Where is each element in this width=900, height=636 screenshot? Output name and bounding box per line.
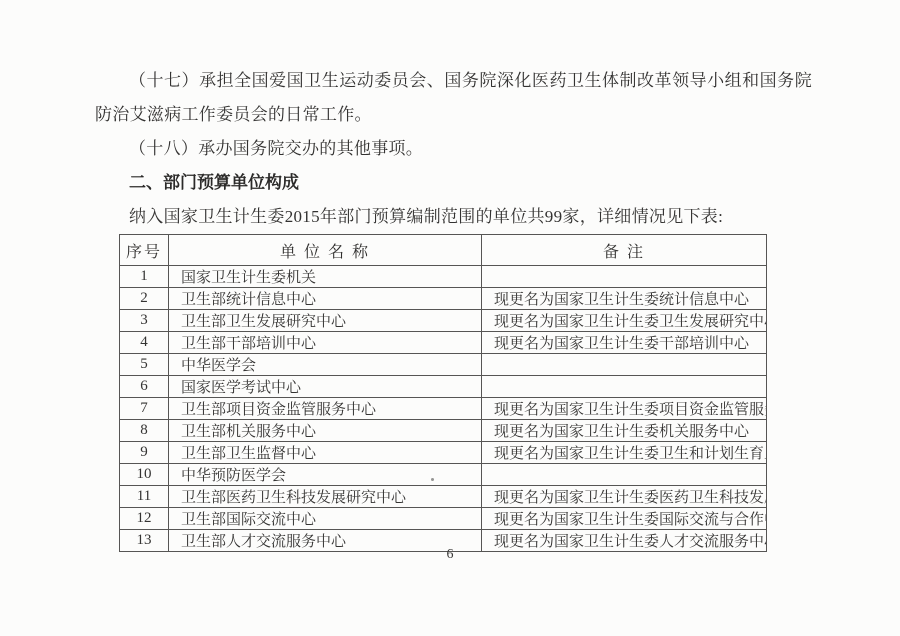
table-row: 12 卫生部国际交流中心 现更名为国家卫生计生委国际交流与合作中心 bbox=[120, 508, 767, 530]
table-row: 3 卫生部卫生发展研究中心 现更名为国家卫生计生委卫生发展研究中心 bbox=[120, 310, 767, 332]
cell-no: 8 bbox=[120, 420, 169, 442]
budget-units-table: 序号 单 位 名 称 备 注 1 国家卫生计生委机关 2 卫生部统计信息中心 现… bbox=[119, 234, 767, 552]
cell-unit-name: 卫生部医药卫生科技发展研究中心 bbox=[169, 486, 482, 508]
cell-unit-name: 国家卫生计生委机关 bbox=[169, 266, 482, 288]
cell-note: 现更名为国家卫生计生委卫生发展研究中心 bbox=[482, 310, 767, 332]
table-row: 2 卫生部统计信息中心 现更名为国家卫生计生委统计信息中心 bbox=[120, 288, 767, 310]
header-note: 备 注 bbox=[482, 235, 767, 266]
paragraph-item-18: （十八）承办国务院交办的其他事项。 bbox=[95, 132, 812, 166]
cell-no: 2 bbox=[120, 288, 169, 310]
cell-unit-name: 卫生部项目资金监管服务中心 bbox=[169, 398, 482, 420]
cell-no: 9 bbox=[120, 442, 169, 464]
cell-note bbox=[482, 266, 767, 288]
cell-unit-name: 卫生部卫生发展研究中心 bbox=[169, 310, 482, 332]
document-page: （十七）承担全国爱国卫生运动委员会、国务院深化医药卫生体制改革领导小组和国务院防… bbox=[0, 0, 900, 636]
cell-note: 现更名为国家卫生计生委医药卫生科技发展研究中心 bbox=[482, 486, 767, 508]
cell-note: 现更名为国家卫生计生委统计信息中心 bbox=[482, 288, 767, 310]
cell-unit-name: 卫生部国际交流中心 bbox=[169, 508, 482, 530]
cell-note: 现更名为国家卫生计生委机关服务中心 bbox=[482, 420, 767, 442]
cell-unit-name: 国家医学考试中心 bbox=[169, 376, 482, 398]
header-no: 序号 bbox=[120, 235, 169, 266]
cell-unit-name: 卫生部机关服务中心 bbox=[169, 420, 482, 442]
cell-no: 7 bbox=[120, 398, 169, 420]
cell-note: 现更名为国家卫生计生委卫生和计划生育监督中心 bbox=[482, 442, 767, 464]
cell-note bbox=[482, 464, 767, 486]
cell-unit-name: 中华医学会 bbox=[169, 354, 482, 376]
table-header-row: 序号 单 位 名 称 备 注 bbox=[120, 235, 767, 266]
table-row: 7 卫生部项目资金监管服务中心 现更名为国家卫生计生委项目资金监管服务中心 bbox=[120, 398, 767, 420]
intro-paragraph: 纳入国家卫生计生委2015年部门预算编制范围的单位共99家，详细情况见下表: bbox=[95, 200, 812, 234]
scan-artifact bbox=[431, 478, 434, 481]
cell-unit-name: 卫生部卫生监督中心 bbox=[169, 442, 482, 464]
cell-no: 5 bbox=[120, 354, 169, 376]
cell-no: 11 bbox=[120, 486, 169, 508]
cell-unit-name: 卫生部统计信息中心 bbox=[169, 288, 482, 310]
table-row: 6 国家医学考试中心 bbox=[120, 376, 767, 398]
table-row: 9 卫生部卫生监督中心 现更名为国家卫生计生委卫生和计划生育监督中心 bbox=[120, 442, 767, 464]
table-row: 11 卫生部医药卫生科技发展研究中心 现更名为国家卫生计生委医药卫生科技发展研究… bbox=[120, 486, 767, 508]
section-heading: 二、部门预算单位构成 bbox=[95, 166, 812, 200]
cell-unit-name: 中华预防医学会 bbox=[169, 464, 482, 486]
page-number: 6 bbox=[0, 547, 900, 563]
cell-note: 现更名为国家卫生计生委国际交流与合作中心 bbox=[482, 508, 767, 530]
cell-note: 现更名为国家卫生计生委干部培训中心 bbox=[482, 332, 767, 354]
cell-note: 现更名为国家卫生计生委项目资金监管服务中心 bbox=[482, 398, 767, 420]
cell-no: 6 bbox=[120, 376, 169, 398]
cell-no: 10 bbox=[120, 464, 169, 486]
cell-note bbox=[482, 376, 767, 398]
table-row: 8 卫生部机关服务中心 现更名为国家卫生计生委机关服务中心 bbox=[120, 420, 767, 442]
table-row: 1 国家卫生计生委机关 bbox=[120, 266, 767, 288]
table-row: 10 中华预防医学会 bbox=[120, 464, 767, 486]
header-unit-name: 单 位 名 称 bbox=[169, 235, 482, 266]
cell-no: 12 bbox=[120, 508, 169, 530]
cell-no: 3 bbox=[120, 310, 169, 332]
cell-no: 1 bbox=[120, 266, 169, 288]
cell-no: 4 bbox=[120, 332, 169, 354]
table-row: 5 中华医学会 bbox=[120, 354, 767, 376]
cell-unit-name: 卫生部干部培训中心 bbox=[169, 332, 482, 354]
cell-note bbox=[482, 354, 767, 376]
table-row: 4 卫生部干部培训中心 现更名为国家卫生计生委干部培训中心 bbox=[120, 332, 767, 354]
paragraph-item-17: （十七）承担全国爱国卫生运动委员会、国务院深化医药卫生体制改革领导小组和国务院防… bbox=[95, 64, 812, 132]
